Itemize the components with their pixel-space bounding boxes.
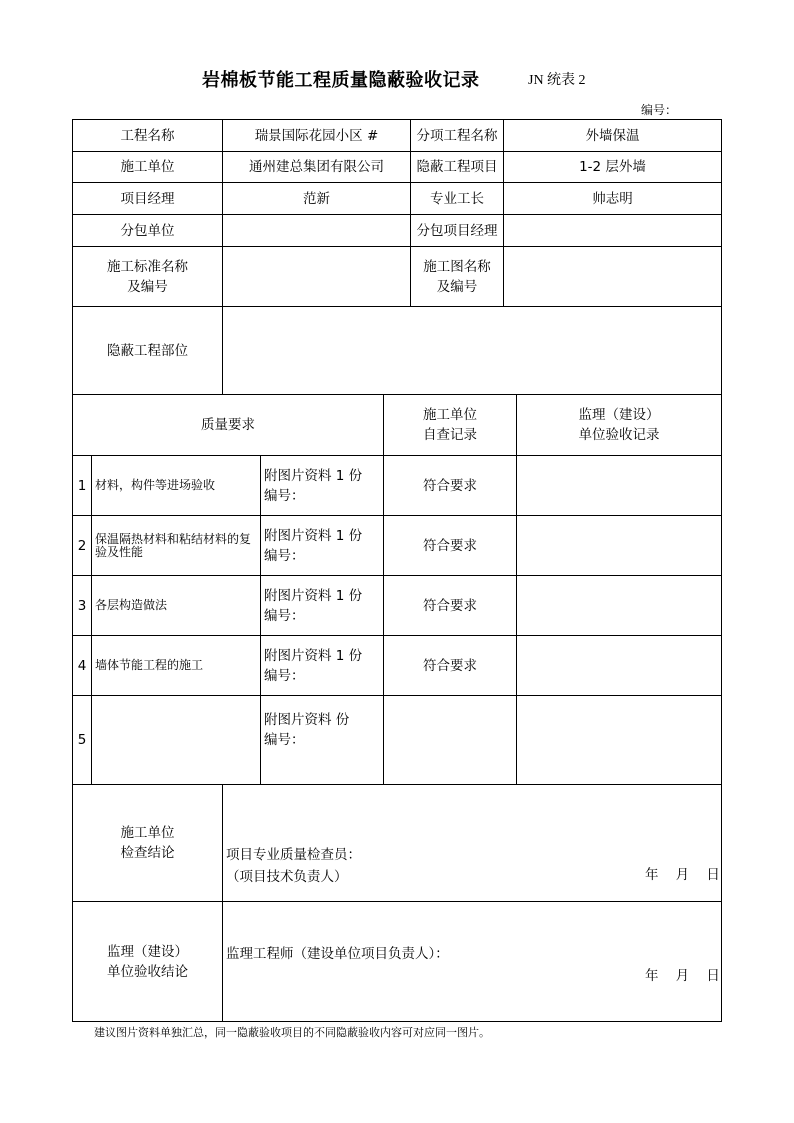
item-name: 各层构造做法 (95, 576, 260, 635)
item-name[interactable] (95, 696, 260, 784)
quality-inspector-field[interactable]: 项目专业质量检查员： （项目技术负责人） (226, 844, 361, 888)
col-divider (260, 455, 261, 784)
project-manager-value[interactable]: 范新 (223, 183, 410, 214)
standard-name-label: 施工标准名称 及编号 (73, 247, 222, 306)
foreman-label: 专业工长 (411, 183, 503, 214)
item-self-check[interactable]: 符合要求 (384, 516, 516, 575)
col-divider (91, 455, 92, 784)
supervision-conclusion-date[interactable]: 年 月 日 (645, 967, 720, 985)
item-attachment[interactable]: 附图片资料 份 编号： (264, 696, 383, 764)
item-attachment[interactable]: 附图片资料 1 份 编号： (264, 516, 383, 575)
sub-project-name-value[interactable]: 外墙保温 (504, 120, 721, 151)
item-supervision[interactable] (517, 516, 721, 575)
item-name: 材料，构件等进场验收 (95, 456, 260, 515)
item-self-check[interactable]: 符合要求 (384, 636, 516, 695)
supervision-conclusion-label: 监理（建设） 单位验收结论 (73, 902, 222, 1021)
item-attachment[interactable]: 附图片资料 1 份 编号： (264, 636, 383, 695)
concealed-location-value[interactable] (223, 307, 721, 394)
footnote: 建议图片资料单独汇总，同一隐蔽验收项目的不同隐蔽验收内容可对应同一图片。 (94, 1024, 490, 1040)
item-name: 墙体节能工程的施工 (95, 636, 260, 695)
project-manager-label: 项目经理 (73, 183, 222, 214)
item-number: 5 (73, 696, 91, 784)
table-border-bottom (72, 1021, 722, 1022)
supervision-engineer-field[interactable]: 监理工程师（建设单位项目负责人）： (226, 945, 449, 963)
quality-requirement-header: 质量要求 (73, 395, 383, 455)
foreman-value[interactable]: 帅志明 (504, 183, 721, 214)
col-divider (222, 784, 223, 1021)
item-supervision[interactable] (517, 636, 721, 695)
construction-unit-label: 施工单位 (73, 152, 222, 182)
table-border-right (721, 119, 722, 1022)
standard-name-value[interactable] (223, 247, 410, 306)
item-attachment[interactable]: 附图片资料 1 份 编号： (264, 576, 383, 635)
drawing-name-label: 施工图名称 及编号 (411, 247, 503, 306)
item-name: 保温隔热材料和粘结材料的复 验及性能 (95, 516, 260, 575)
item-number: 3 (73, 576, 91, 635)
item-supervision[interactable] (517, 696, 721, 784)
project-name-value[interactable]: 瑞景国际花园小区 # (223, 120, 410, 151)
item-self-check[interactable]: 符合要求 (384, 456, 516, 515)
sub-project-name-label: 分项工程名称 (411, 120, 503, 151)
construction-conclusion-label: 施工单位 检查结论 (73, 785, 222, 901)
construction-unit-value[interactable]: 通州建总集团有限公司 (223, 152, 410, 182)
item-number: 1 (73, 456, 91, 515)
item-number: 2 (73, 516, 91, 575)
serial-number-label: 编号： (641, 101, 677, 118)
concealed-location-label: 隐蔽工程部位 (73, 307, 222, 394)
item-self-check[interactable]: 符合要求 (384, 576, 516, 635)
item-supervision[interactable] (517, 456, 721, 515)
supervision-record-header: 监理（建设） 单位验收记录 (517, 395, 721, 455)
subcontractor-value[interactable] (223, 215, 410, 246)
sub-project-manager-label: 分包项目经理 (411, 215, 503, 246)
concealed-item-label: 隐蔽工程项目 (411, 152, 503, 182)
item-self-check[interactable] (384, 696, 516, 784)
construction-conclusion-date[interactable]: 年 月 日 (645, 866, 720, 884)
self-check-header: 施工单位 自查记录 (384, 395, 516, 455)
document-title: 岩棉板节能工程质量隐蔽验收记录 (202, 66, 480, 92)
item-supervision[interactable] (517, 576, 721, 635)
concealed-item-value[interactable]: 1-2 层外墙 (504, 152, 721, 182)
item-number: 4 (73, 636, 91, 695)
subcontractor-label: 分包单位 (73, 215, 222, 246)
item-attachment[interactable]: 附图片资料 1 份 编号： (264, 456, 383, 515)
sub-project-manager-value[interactable] (504, 215, 721, 246)
project-name-label: 工程名称 (73, 120, 222, 151)
form-code: JN 统表 2 (528, 69, 586, 89)
drawing-name-value[interactable] (504, 247, 721, 306)
